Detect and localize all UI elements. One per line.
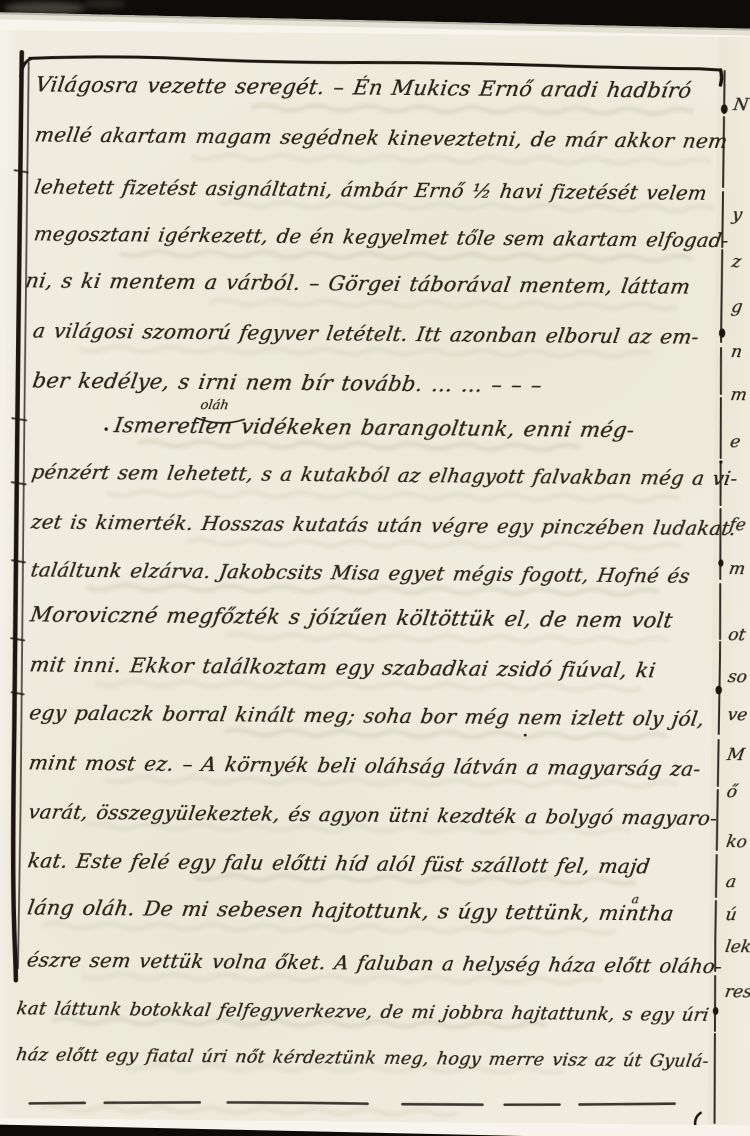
- manuscript-line: ber kedélye, s irni nem bír tovább. ... …: [31, 368, 544, 397]
- facing-page-fragment: M: [726, 745, 746, 765]
- facing-page-fragment: N: [732, 95, 750, 115]
- facing-page-fragment: lek: [724, 937, 750, 957]
- facing-page-fragment: ve: [726, 705, 749, 725]
- facing-page-fragment: m: [729, 385, 748, 405]
- facing-page-fragment: so: [726, 667, 748, 687]
- facing-page-fragment: ot: [727, 625, 747, 645]
- facing-page-fragment: res: [723, 982, 750, 1002]
- scan-smudge: [84, 0, 126, 8]
- facing-page-fragment: m: [727, 559, 746, 579]
- scanned-book-spread: Világosra vezette seregét. – Én Mukics E…: [0, 0, 750, 1136]
- manuscript-line: Ismeretlen vidékeken barangoltunk, enni …: [112, 413, 636, 442]
- manuscript-page: Világosra vezette seregét. – Én Mukics E…: [0, 30, 750, 1126]
- facing-page-fragment: fe: [728, 515, 747, 535]
- facing-page-fragment: ko: [725, 832, 749, 852]
- interline-insertion-olah: oláh: [199, 398, 229, 413]
